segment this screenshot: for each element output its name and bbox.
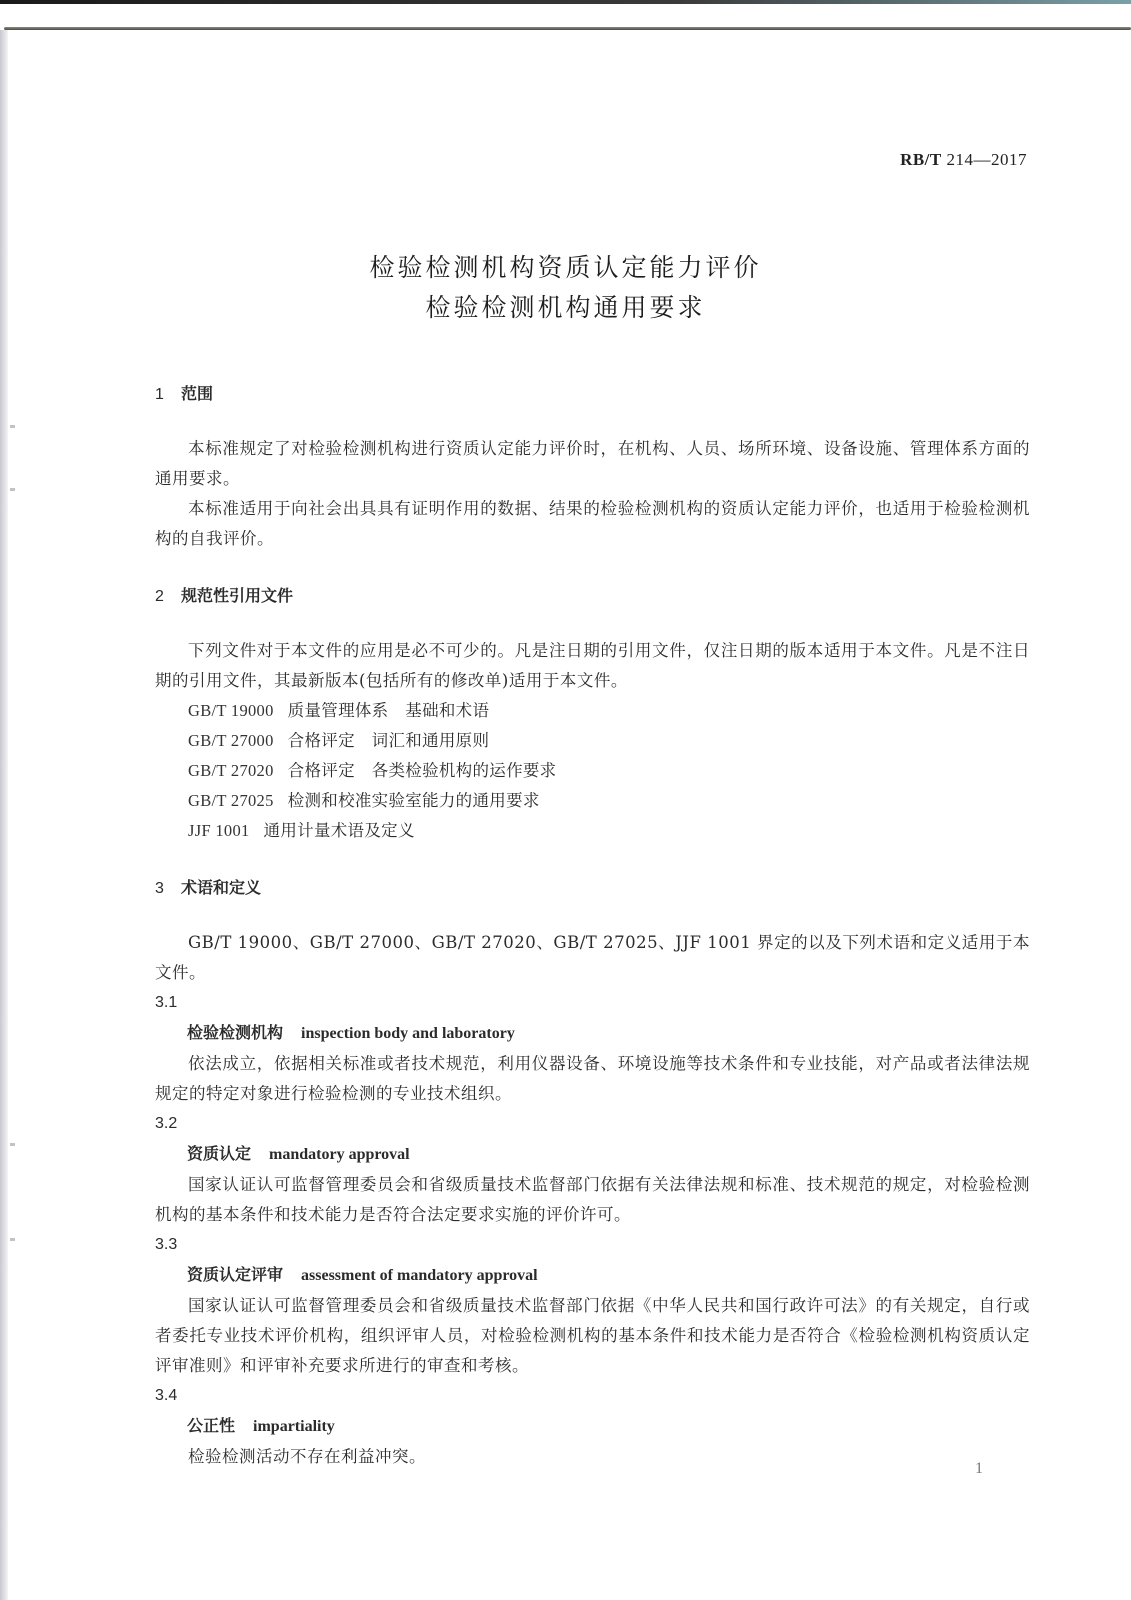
reference-code: GB/T 27000: [188, 726, 274, 756]
section-title: 术语和定义: [181, 878, 261, 897]
reference-code: JJF 1001: [188, 816, 250, 846]
scan-margin-mark: [10, 1143, 15, 1146]
term-zh: 检验检测机构: [187, 1023, 283, 1042]
section-title: 规范性引用文件: [181, 586, 293, 605]
standard-number: 214—2017: [947, 150, 1028, 169]
paragraph: 本标准适用于向社会出具具有证明作用的数据、结果的检验检测机构的资质认定能力评价，…: [155, 494, 1030, 554]
section-heading: 2规范性引用文件: [155, 580, 1030, 612]
term-zh: 资质认定: [187, 1144, 251, 1163]
section-number: 3: [155, 873, 181, 905]
document-title: 检验检测机构资质认定能力评价 检验检测机构通用要求: [0, 248, 1131, 328]
reference-item: JJF 1001通用计量术语及定义: [155, 816, 1030, 846]
reference-item: GB/T 19000质量管理体系 基础和术语: [155, 696, 1030, 726]
page-number: 1: [975, 1460, 983, 1478]
title-line-1: 检验检测机构资质认定能力评价: [0, 248, 1131, 288]
term-definition: 检验检测活动不存在利益冲突。: [155, 1442, 1030, 1472]
document-body: 1范围 本标准规定了对检验检测机构进行资质认定能力评价时，在机构、人员、场所环境…: [155, 378, 1030, 1472]
term-number: 3.4: [155, 1381, 1030, 1411]
paragraph: GB/T 19000、GB/T 27000、GB/T 27020、GB/T 27…: [155, 928, 1030, 988]
scan-border-line: [4, 27, 1131, 30]
term-zh: 公正性: [187, 1416, 235, 1435]
term-heading: 公正性impartiality: [155, 1411, 1030, 1442]
term-number: 3.1: [155, 988, 1030, 1018]
title-line-2: 检验检测机构通用要求: [0, 288, 1131, 328]
section-heading: 3术语和定义: [155, 872, 1030, 904]
term-entry: 3.1 检验检测机构inspection body and laboratory…: [155, 988, 1030, 1109]
term-definition: 国家认证认可监督管理委员会和省级质量技术监督部门依据有关法律法规和标准、技术规范…: [155, 1170, 1030, 1230]
section-number: 1: [155, 379, 181, 411]
term-en: assessment of mandatory approval: [301, 1267, 538, 1284]
term-entry: 3.2 资质认定mandatory approval 国家认证认可监督管理委员会…: [155, 1109, 1030, 1230]
reference-title: 通用计量术语及定义: [264, 821, 415, 840]
section-number: 2: [155, 581, 181, 613]
section-title: 范围: [181, 384, 213, 403]
scan-margin-mark: [10, 1238, 15, 1241]
term-en: mandatory approval: [269, 1146, 410, 1163]
reference-code: GB/T 19000: [188, 696, 274, 726]
term-heading: 检验检测机构inspection body and laboratory: [155, 1018, 1030, 1049]
scan-margin-mark: [10, 488, 15, 491]
reference-title: 合格评定 词汇和通用原则: [288, 731, 490, 750]
standard-code: RB/T 214—2017: [900, 150, 1027, 170]
term-en: inspection body and laboratory: [301, 1025, 515, 1042]
term-number: 3.3: [155, 1230, 1030, 1260]
term-heading: 资质认定评审assessment of mandatory approval: [155, 1260, 1030, 1291]
section-normative-references: 2规范性引用文件 下列文件对于本文件的应用是必不可少的。凡是注日期的引用文件，仅…: [155, 580, 1030, 846]
section-heading: 1范围: [155, 378, 1030, 410]
term-entry: 3.4 公正性impartiality 检验检测活动不存在利益冲突。: [155, 1381, 1030, 1472]
term-definition: 依法成立，依据相关标准或者技术规范，利用仪器设备、环境设施等技术条件和专业技能，…: [155, 1049, 1030, 1109]
section-scope: 1范围 本标准规定了对检验检测机构进行资质认定能力评价时，在机构、人员、场所环境…: [155, 378, 1030, 554]
reference-list: GB/T 19000质量管理体系 基础和术语 GB/T 27000合格评定 词汇…: [155, 696, 1030, 846]
term-number: 3.2: [155, 1109, 1030, 1139]
paragraph: 本标准规定了对检验检测机构进行资质认定能力评价时，在机构、人员、场所环境、设备设…: [155, 434, 1030, 494]
reference-item: GB/T 27000合格评定 词汇和通用原则: [155, 726, 1030, 756]
reference-code: GB/T 27020: [188, 756, 274, 786]
reference-title: 质量管理体系 基础和术语: [288, 701, 490, 720]
reference-code: GB/T 27025: [188, 786, 274, 816]
reference-item: GB/T 27025检测和校准实验室能力的通用要求: [155, 786, 1030, 816]
reference-title: 合格评定 各类检验机构的运作要求: [288, 761, 557, 780]
scan-margin-mark: [10, 425, 15, 428]
standard-prefix: RB/T: [900, 150, 942, 169]
term-heading: 资质认定mandatory approval: [155, 1139, 1030, 1170]
reference-item: GB/T 27020合格评定 各类检验机构的运作要求: [155, 756, 1030, 786]
term-definition: 国家认证认可监督管理委员会和省级质量技术监督部门依据《中华人民共和国行政许可法》…: [155, 1291, 1030, 1381]
term-entry: 3.3 资质认定评审assessment of mandatory approv…: [155, 1230, 1030, 1381]
reference-title: 检测和校准实验室能力的通用要求: [288, 791, 540, 810]
section-terms-definitions: 3术语和定义 GB/T 19000、GB/T 27000、GB/T 27020、…: [155, 872, 1030, 1472]
term-zh: 资质认定评审: [187, 1265, 283, 1284]
paragraph: 下列文件对于本文件的应用是必不可少的。凡是注日期的引用文件，仅注日期的版本适用于…: [155, 636, 1030, 696]
scan-top-edge: [0, 0, 1131, 4]
term-en: impartiality: [253, 1418, 335, 1435]
